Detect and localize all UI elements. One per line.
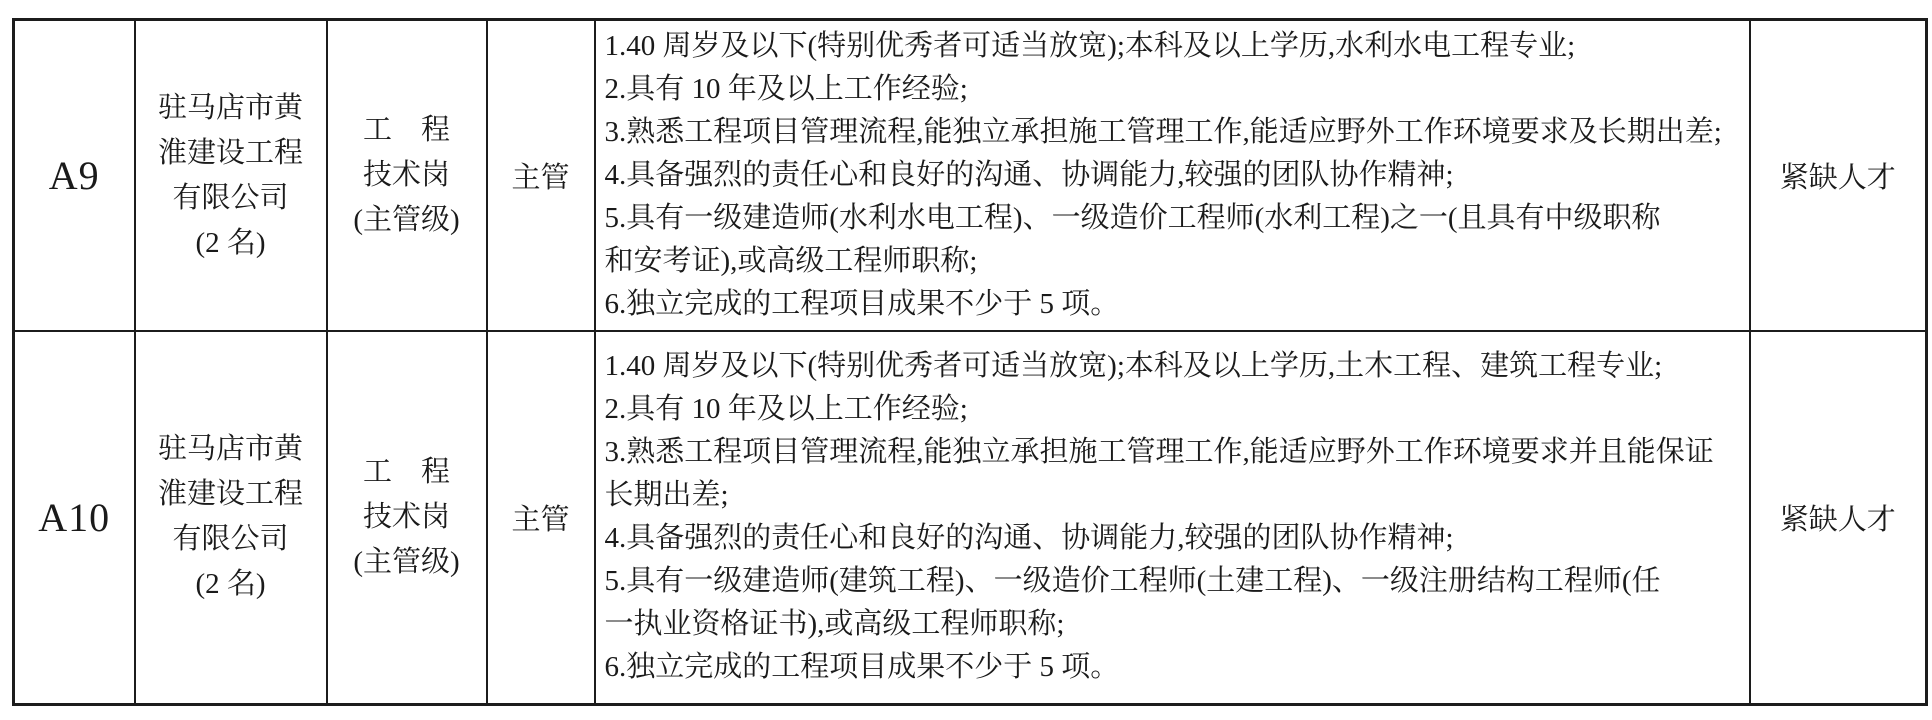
position-title-line: 工 程 <box>328 450 486 495</box>
requirement-line: 1.40 周岁及以下(特别优秀者可适当放宽);本科及以上学历,土木工程、建筑工程… <box>605 345 1741 388</box>
position-level: 主管 <box>511 162 569 194</box>
position-code: A9 <box>49 153 100 198</box>
requirement-line: 3.熟悉工程项目管理流程,能独立承担施工管理工作,能适应野外工作环境要求并且能保… <box>605 431 1741 474</box>
requirement-line: 6.独立完成的工程项目成果不少于 5 项。 <box>605 646 1741 689</box>
talent-note-cell: 紧缺人才 <box>1750 20 1927 332</box>
requirement-line: 4.具备强烈的责任心和良好的沟通、协调能力,较强的团队协作精神; <box>605 517 1741 560</box>
company-line: 淮建设工程 <box>136 131 326 176</box>
table-row: A9 驻马店市黄 淮建设工程 有限公司 (2 名) 工 程 技术岗 (主管级) … <box>14 20 1927 332</box>
position-level-cell: 主管 <box>487 20 595 332</box>
position-title-cell: 工 程 技术岗 (主管级) <box>327 331 487 704</box>
table-row: A10 驻马店市黄 淮建设工程 有限公司 (2 名) 工 程 技术岗 (主管级)… <box>14 331 1927 704</box>
requirement-line: 4.具备强烈的责任心和良好的沟通、协调能力,较强的团队协作精神; <box>605 154 1741 197</box>
requirement-line: 一执业资格证书),或高级工程师职称; <box>605 603 1741 646</box>
job-requirements-table: A9 驻马店市黄 淮建设工程 有限公司 (2 名) 工 程 技术岗 (主管级) … <box>12 18 1928 706</box>
document-page: A9 驻马店市黄 淮建设工程 有限公司 (2 名) 工 程 技术岗 (主管级) … <box>0 0 1932 720</box>
requirement-line: 6.独立完成的工程项目成果不少于 5 项。 <box>605 283 1741 326</box>
position-title-line: 技术岗 <box>328 153 486 198</box>
position-title-line: 工 程 <box>328 108 486 153</box>
company-cell: 驻马店市黄 淮建设工程 有限公司 (2 名) <box>135 20 327 332</box>
company-cell: 驻马店市黄 淮建设工程 有限公司 (2 名) <box>135 331 327 704</box>
company-line: 有限公司 <box>136 176 326 221</box>
position-title-line: (主管级) <box>328 540 486 585</box>
position-level: 主管 <box>511 504 569 536</box>
position-title-line: 技术岗 <box>328 495 486 540</box>
requirement-line: 长期出差; <box>605 474 1741 517</box>
company-line: 有限公司 <box>136 517 326 562</box>
position-code: A10 <box>38 495 110 540</box>
requirements-cell: 1.40 周岁及以下(特别优秀者可适当放宽);本科及以上学历,土木工程、建筑工程… <box>595 331 1750 704</box>
company-line: 驻马店市黄 <box>136 427 326 472</box>
company-headcount: (2 名) <box>136 221 326 266</box>
company-line: 淮建设工程 <box>136 472 326 517</box>
talent-note-cell: 紧缺人才 <box>1750 331 1927 704</box>
position-title-line: (主管级) <box>328 198 486 243</box>
company-line: 驻马店市黄 <box>136 86 326 131</box>
requirement-line: 3.熟悉工程项目管理流程,能独立承担施工管理工作,能适应野外工作环境要求及长期出… <box>605 111 1741 154</box>
position-code-cell: A10 <box>14 331 135 704</box>
requirement-line: 5.具有一级建造师(水利水电工程)、一级造价工程师(水利工程)之一(且具有中级职… <box>605 197 1741 240</box>
requirement-line: 5.具有一级建造师(建筑工程)、一级造价工程师(土建工程)、一级注册结构工程师(… <box>605 560 1741 603</box>
requirement-line: 1.40 周岁及以下(特别优秀者可适当放宽);本科及以上学历,水利水电工程专业; <box>605 25 1741 68</box>
position-level-cell: 主管 <box>487 331 595 704</box>
position-code-cell: A9 <box>14 20 135 332</box>
talent-note: 紧缺人才 <box>1780 162 1896 194</box>
talent-note: 紧缺人才 <box>1780 504 1896 536</box>
requirement-line: 和安考证),或高级工程师职称; <box>605 240 1741 283</box>
company-headcount: (2 名) <box>136 562 326 607</box>
position-title-cell: 工 程 技术岗 (主管级) <box>327 20 487 332</box>
requirement-line: 2.具有 10 年及以上工作经验; <box>605 68 1741 111</box>
requirement-line: 2.具有 10 年及以上工作经验; <box>605 388 1741 431</box>
requirements-cell: 1.40 周岁及以下(特别优秀者可适当放宽);本科及以上学历,水利水电工程专业;… <box>595 20 1750 332</box>
